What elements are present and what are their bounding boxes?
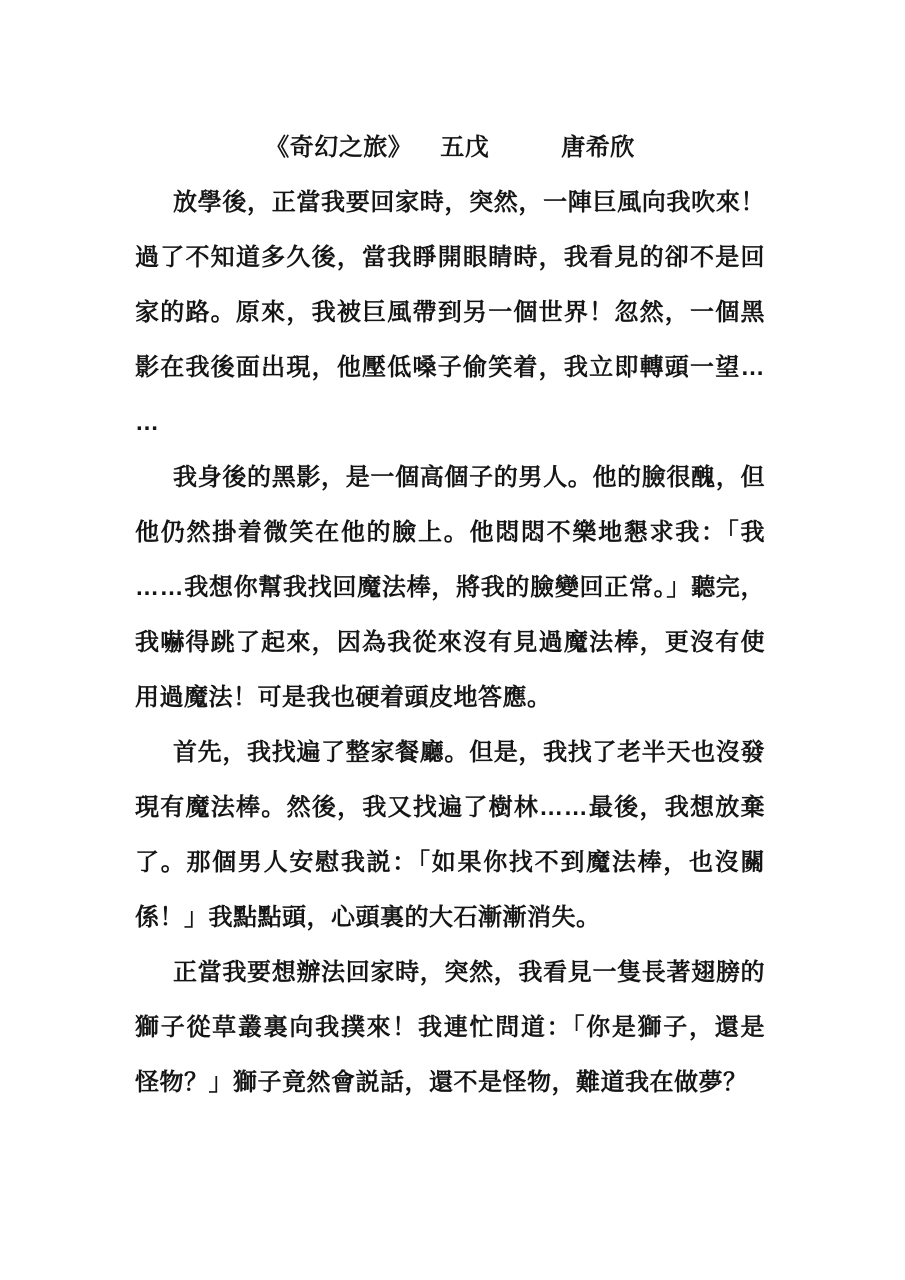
essay-content: 《奇幻之旅》 五戊 唐希欣 放學後，正當我要回家時，突然，一陣巨風向我吹來！過了… (135, 120, 765, 1110)
text-line: 過了不知道多久後，當我睜開眼睛時，我看見的卻不是回 (135, 230, 765, 285)
text-line: 家的路。原來，我被巨風帶到另一個世界！忽然，一個黑 (135, 285, 765, 340)
text-line: 現有魔法棒。然後，我又找遍了樹林……最後，我想放棄 (135, 780, 765, 835)
text-line: 他仍然掛着微笑在他的臉上。他悶悶不樂地懇求我：「我 (135, 505, 765, 560)
page: { "page": { "background_color": "#ffffff… (0, 0, 905, 1280)
text-line: 用過魔法！可是我也硬着頭皮地答應。 (135, 670, 765, 725)
author-name: 唐希欣 (561, 120, 635, 175)
essay-title-row: 《奇幻之旅》 五戊 唐希欣 (135, 120, 765, 175)
essay-body: 放學後，正當我要回家時，突然，一陣巨風向我吹來！過了不知道多久後，當我睜開眼睛時… (135, 175, 765, 1110)
text-line: 了。那個男人安慰我説：「如果你找不到魔法棒，也沒關 (135, 835, 765, 890)
text-line: 獅子從草叢裏向我撲來！我連忙問道：「你是獅子，還是 (135, 1000, 765, 1055)
text-line: 正當我要想辦法回家時，突然，我看見一隻長著翅膀的 (135, 945, 765, 1000)
text-line: 係！」我點點頭，心頭裏的大石漸漸消失。 (135, 890, 765, 945)
essay-title: 《奇幻之旅》 (265, 120, 412, 175)
document-page: 《奇幻之旅》 五戊 唐希欣 放學後，正當我要回家時，突然，一陣巨風向我吹來！過了… (0, 0, 905, 1280)
text-line: … (135, 395, 765, 450)
text-line: 首先，我找遍了整家餐廳。但是，我找了老半天也沒發 (135, 725, 765, 780)
text-line: 放學後，正當我要回家時，突然，一陣巨風向我吹來！ (135, 175, 765, 230)
text-line: 我嚇得跳了起來，因為我從來沒有見過魔法棒，更沒有使 (135, 615, 765, 670)
class-name: 五戊 (440, 120, 489, 175)
text-line: 怪物？」獅子竟然會説話，還不是怪物，難道我在做夢？ (135, 1055, 765, 1110)
text-line: 我身後的黑影，是一個高個子的男人。他的臉很醜，但 (135, 450, 765, 505)
text-line: ……我想你幫我找回魔法棒，將我的臉變回正常。」聽完， (135, 560, 765, 615)
text-line: 影在我後面出現，他壓低嗓子偷笑着，我立即轉頭一望… (135, 340, 765, 395)
